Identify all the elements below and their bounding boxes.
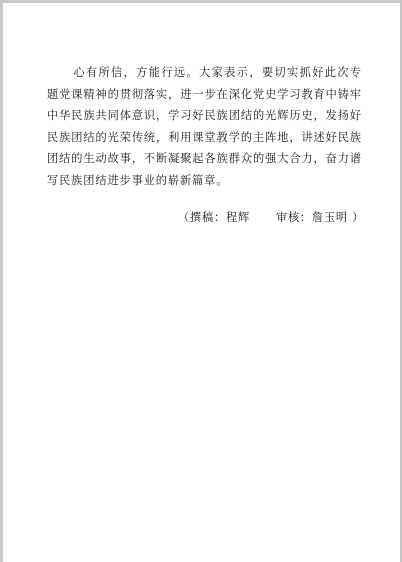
byline-close-paren: ）	[348, 211, 364, 225]
reviewer-name: 詹玉明	[312, 211, 348, 225]
writer-name: 程辉	[226, 211, 250, 225]
document-body: 心有所信，方能行远。大家表示，要切实抓好此次专题党课精神的贯彻落实，进一步在深化…	[47, 62, 362, 192]
body-paragraph: 心有所信，方能行远。大家表示，要切实抓好此次专题党课精神的贯彻落实，进一步在深化…	[47, 62, 362, 192]
reviewer-label: 审核：	[276, 211, 312, 225]
writer-label: 撰稿：	[190, 211, 226, 225]
byline: （撰稿：程辉审核：詹玉明 ）	[178, 211, 364, 225]
byline-open-paren: （	[178, 211, 190, 225]
document-viewer: 心有所信，方能行远。大家表示，要切实抓好此次专题党课精神的贯彻落实，进一步在深化…	[0, 0, 402, 562]
